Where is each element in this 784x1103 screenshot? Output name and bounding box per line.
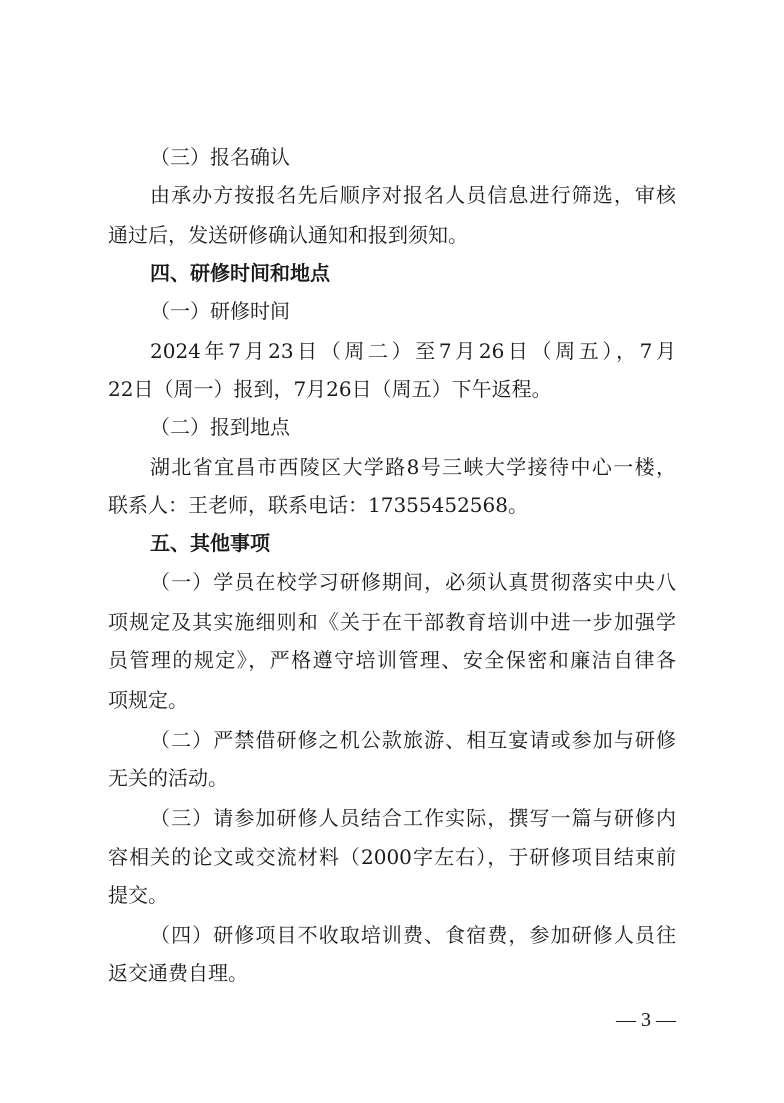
paragraph-line: 通过后，发送研修确认通知和报到须知。 [108,220,676,250]
paragraph-line: 项规定。 [108,685,676,715]
subheading-registration-location: （二）报到地点 [150,412,676,442]
document-page: （三）报名确认 由承办方按报名先后顺序对报名人员信息进行筛选，审核 通过后，发送… [0,0,784,1103]
paragraph-line: （一）学员在校学习研修期间，必须认真贯彻落实中央八 [150,567,676,597]
paragraph-line: 提交。 [108,880,676,910]
paragraph-line: 员管理的规定》，严格遵守培训管理、安全保密和廉洁自律各 [108,645,676,675]
paragraph-line: 22日（周一）报到，7月26日（周五）下午返程。 [108,374,676,404]
paragraph-line: 由承办方按报名先后顺序对报名人员信息进行筛选，审核 [150,180,676,210]
paragraph-line: （二）严禁借研修之机公款旅游、相互宴请或参加与研修 [150,725,676,755]
paragraph-line: 容相关的论文或交流材料（2000字左右），于研修项目结束前 [108,842,676,872]
page-number: — 3 — [600,1007,676,1033]
paragraph-line: 联系人：王老师，联系电话：17355452568。 [108,490,676,520]
section-heading-other-matters: 五、其他事项 [150,528,676,558]
paragraph-line: 2024年7月23日（周二）至7月26日（周五），7月 [150,336,676,366]
subheading-registration-confirmation: （三）报名确认 [150,142,676,172]
paragraph-line: （三）请参加研修人员结合工作实际，撰写一篇与研修内 [150,803,676,833]
paragraph-line: 项规定及其实施细则和《关于在干部教育培训中进一步加强学 [108,607,676,637]
subheading-training-time: （一）研修时间 [150,296,676,326]
paragraph-line: （四）研修项目不收取培训费、食宿费，参加研修人员往 [150,920,676,950]
paragraph-line: 无关的活动。 [108,763,676,793]
section-heading-time-and-location: 四、研修时间和地点 [150,258,676,288]
paragraph-line: 湖北省宜昌市西陵区大学路8号三峡大学接待中心一楼， [150,452,676,482]
paragraph-line: 返交通费自理。 [108,958,676,988]
